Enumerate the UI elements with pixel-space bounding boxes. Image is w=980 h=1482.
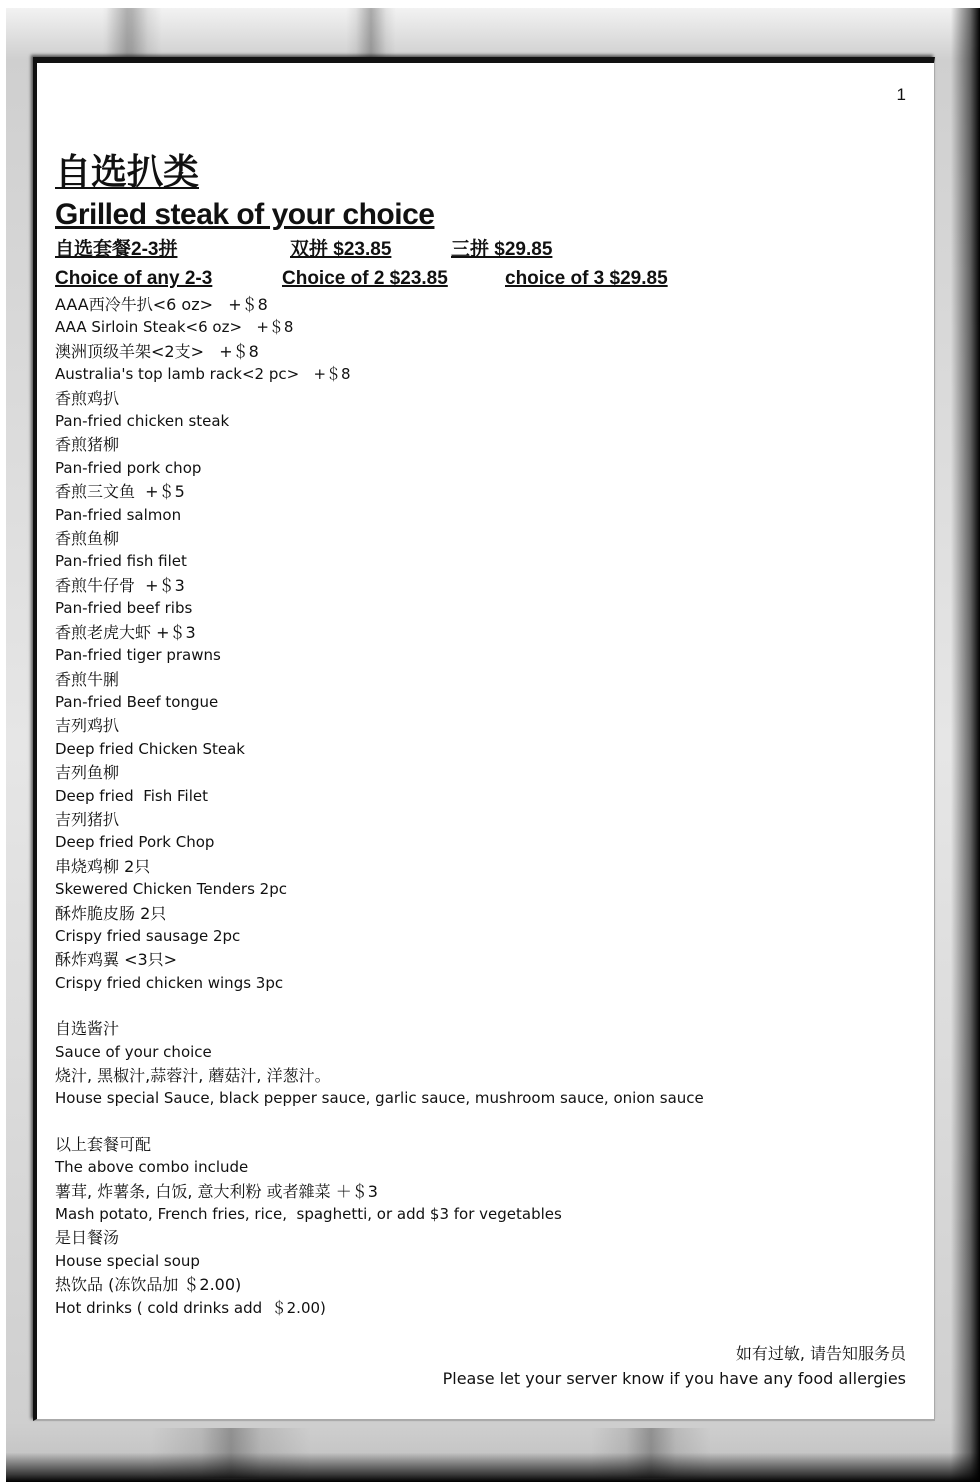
sides-en: Mash potato, French fries, rice, spaghet… [55, 1203, 915, 1226]
frame-streak [626, 1428, 676, 1478]
menu-item-name-cn: 香煎猪柳 [55, 433, 915, 456]
frame-streak [201, 1428, 261, 1478]
menu-item: 香煎老虎大虾 +＄3Pan-fried tiger prawns [55, 621, 915, 668]
menu-item-name-cn: AAA西冷牛扒<6 oz> +＄8 [55, 293, 915, 316]
frame-streak [356, 8, 386, 58]
combo-label-cn: 自选套餐2-3拼 [55, 235, 290, 264]
menu-item-name-cn: 吉列鸡扒 [55, 714, 915, 737]
menu-item: AAA西冷牛扒<6 oz> +＄8AAA Sirloin Steak<6 oz>… [55, 293, 915, 340]
menu-page: 1 自选扒类 Grilled steak of your choice 自选套餐… [33, 57, 935, 1421]
drinks-cn: 热饮品 (冻饮品加 ＄2.00) [55, 1273, 915, 1296]
menu-item: 吉列猪扒Deep fried Pork Chop [55, 808, 915, 855]
menu-item-name-cn: 香煎老虎大虾 +＄3 [55, 621, 915, 644]
combo-triple-price-cn: 三拼 $29.85 [451, 235, 552, 264]
menu-item: 吉列鱼柳Deep fried Fish Filet [55, 761, 915, 808]
combo-double-price-cn: 双拼 $23.85 [290, 235, 451, 264]
menu-item-name-cn: 香煎牛脷 [55, 668, 915, 691]
combo-double-price-en: Choice of 2 $23.85 [282, 264, 505, 293]
menu-item-name-en: Pan-fried chicken steak [55, 410, 915, 433]
menu-item-name-en: Australia's top lamb rack<2 pc> +＄8 [55, 363, 915, 386]
combo-includes-heading-cn: 以上套餐可配 [55, 1133, 915, 1156]
menu-item-name-cn: 澳洲顶级羊架<2支> +＄8 [55, 340, 915, 363]
menu-item-name-cn: 酥炸脆皮肠 2只 [55, 902, 915, 925]
menu-item-name-cn: 香煎鱼柳 [55, 527, 915, 550]
soup-cn: 是日餐汤 [55, 1226, 915, 1249]
menu-item: 串烧鸡柳 2只Skewered Chicken Tenders 2pc [55, 855, 915, 902]
menu-item: 香煎牛脷Pan-fried Beef tongue [55, 668, 915, 715]
sauce-heading-cn: 自选酱汁 [55, 1017, 915, 1040]
menu-item: 酥炸脆皮肠 2只Crispy fried sausage 2pc [55, 902, 915, 949]
allergy-notice-en: Please let your server know if you have … [443, 1369, 906, 1388]
frame-streak [106, 8, 148, 58]
menu-item: 吉列鸡扒Deep fried Chicken Steak [55, 714, 915, 761]
menu-item-name-cn: 串烧鸡柳 2只 [55, 855, 915, 878]
soup-en: House special soup [55, 1250, 915, 1273]
menu-item-list: AAA西冷牛扒<6 oz> +＄8AAA Sirloin Steak<6 oz>… [55, 293, 915, 995]
menu-item-name-en: Pan-fried fish filet [55, 550, 915, 573]
drinks-en: Hot drinks ( cold drinks add ＄2.00) [55, 1297, 915, 1320]
menu-content: 自选扒类 Grilled steak of your choice 自选套餐2-… [55, 151, 915, 1320]
sauce-heading-en: Sauce of your choice [55, 1041, 915, 1064]
menu-item: 香煎鸡扒Pan-fried chicken steak [55, 387, 915, 434]
menu-item-name-cn: 香煎鸡扒 [55, 387, 915, 410]
sauce-options-en: House special Sauce, black pepper sauce,… [55, 1087, 915, 1110]
combo-triple-price-en: choice of 3 $29.85 [505, 264, 668, 293]
menu-item-name-en: Pan-fried pork chop [55, 457, 915, 480]
menu-item-name-en: Pan-fried tiger prawns [55, 644, 915, 667]
combo-includes-heading-en: The above combo include [55, 1156, 915, 1179]
menu-item-name-en: Skewered Chicken Tenders 2pc [55, 878, 915, 901]
sauce-section: 自选酱汁 Sauce of your choice 烧汁, 黑椒汁,蒜蓉汁, 蘑… [55, 1017, 915, 1111]
menu-item: 酥炸鸡翼 <3只>Crispy fried chicken wings 3pc [55, 948, 915, 995]
spacer [55, 1111, 915, 1133]
section-title-en: Grilled steak of your choice [55, 195, 915, 235]
menu-item-name-cn: 酥炸鸡翼 <3只> [55, 948, 915, 971]
menu-item-name-en: Deep fried Chicken Steak [55, 738, 915, 761]
sides-cn: 薯茸, 炸薯条, 白饭, 意大利粉 或者雜菜 ＋＄3 [55, 1180, 915, 1203]
combo-includes-section: 以上套餐可配 The above combo include 薯茸, 炸薯条, … [55, 1133, 915, 1320]
menu-item-name-en: Pan-fried salmon [55, 504, 915, 527]
menu-item-name-cn: 吉列猪扒 [55, 808, 915, 831]
allergy-notice-cn: 如有过敏, 请告知服务员 [736, 1341, 906, 1364]
menu-item-name-en: Crispy fried chicken wings 3pc [55, 972, 915, 995]
menu-item-name-cn: 香煎三文鱼 +＄5 [55, 480, 915, 503]
menu-item-name-en: Deep fried Fish Filet [55, 785, 915, 808]
menu-item-name-en: Deep fried Pork Chop [55, 831, 915, 854]
spacer [55, 995, 915, 1017]
menu-item: 香煎三文鱼 +＄5Pan-fried salmon [55, 480, 915, 527]
menu-item-name-en: Pan-fried Beef tongue [55, 691, 915, 714]
menu-item-name-cn: 吉列鱼柳 [55, 761, 915, 784]
sauce-options-cn: 烧汁, 黑椒汁,蒜蓉汁, 蘑菇汁, 洋葱汁。 [55, 1064, 915, 1087]
menu-item: 澳洲顶级羊架<2支> +＄8Australia's top lamb rack<… [55, 340, 915, 387]
combo-label-en: Choice of any 2-3 [55, 264, 282, 293]
page-number: 1 [897, 85, 906, 105]
menu-item-name-en: Pan-fried beef ribs [55, 597, 915, 620]
section-title-cn: 自选扒类 [55, 151, 915, 195]
menu-item-name-en: Crispy fried sausage 2pc [55, 925, 915, 948]
menu-item: 香煎鱼柳Pan-fried fish filet [55, 527, 915, 574]
combo-price-row-cn: 自选套餐2-3拼 双拼 $23.85 三拼 $29.85 [55, 235, 915, 264]
menu-item-name-en: AAA Sirloin Steak<6 oz> +＄8 [55, 316, 915, 339]
menu-item-name-cn: 香煎牛仔骨 +＄3 [55, 574, 915, 597]
menu-item: 香煎牛仔骨 +＄3Pan-fried beef ribs [55, 574, 915, 621]
menu-item: 香煎猪柳Pan-fried pork chop [55, 433, 915, 480]
combo-price-row-en: Choice of any 2-3 Choice of 2 $23.85 cho… [55, 264, 915, 293]
